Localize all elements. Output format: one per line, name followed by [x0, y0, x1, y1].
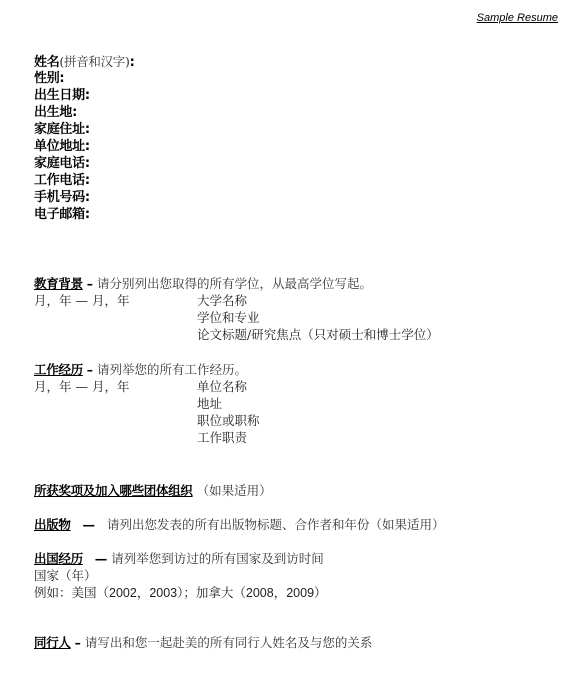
- example-text: ）: [314, 585, 327, 600]
- field-label: 电子邮箱: [34, 207, 85, 222]
- work-item: 单位名称: [197, 378, 247, 395]
- field-hint: (拼音和汉字): [59, 54, 129, 69]
- work-item: 工作职责: [197, 429, 247, 446]
- example-text: ）；加拿大（: [177, 585, 246, 600]
- section-title: 教育背景: [34, 276, 83, 291]
- education-date-range: 月，年 — 月，年: [34, 292, 129, 309]
- field-label: 性别: [34, 71, 59, 86]
- colon: :: [85, 156, 90, 171]
- field-label: 出生地: [34, 105, 72, 120]
- section-title: 工作经历: [34, 362, 83, 377]
- awards-section: 所获奖项及加入哪些团体组织 （如果适用）: [34, 482, 272, 499]
- field-home-phone: 家庭电话:: [34, 155, 90, 172]
- publications-section: 出版物 — 请列出您发表的所有出版物标题、合作者和年份（如果适用）: [34, 516, 444, 533]
- dash: –: [87, 276, 93, 291]
- education-item: 论文标题/研究焦点（只对硕士和博士学位）: [197, 326, 439, 343]
- colon: :: [85, 173, 90, 188]
- example-years: 2002，2003: [109, 586, 177, 600]
- section-note: （如果适用）: [197, 483, 272, 498]
- education-heading: 教育背景 – 请分别列出您取得的所有学位，从最高学位写起。: [34, 275, 372, 292]
- travel-heading: 出国经历 — 请列举您到访过的所有国家及到访时间: [34, 550, 324, 567]
- field-birthplace: 出生地:: [34, 104, 77, 121]
- example-text: 例如：美国（: [34, 585, 109, 600]
- field-label: 单位地址: [34, 139, 85, 154]
- dash: —: [83, 517, 96, 532]
- field-label: 家庭电话: [34, 156, 85, 171]
- work-item: 职位或职称: [197, 412, 260, 429]
- field-gender: 性别:: [34, 70, 64, 87]
- colon: :: [59, 71, 64, 86]
- dash: –: [75, 635, 81, 650]
- field-label: 家庭住址: [34, 122, 85, 137]
- travel-format: 国家（年）: [34, 567, 97, 584]
- field-work-phone: 工作电话:: [34, 172, 90, 189]
- field-work-address: 单位地址:: [34, 138, 90, 155]
- section-description: 请列举您到访过的所有国家及到访时间: [111, 551, 324, 566]
- section-description: 请分别列出您取得的所有学位，从最高学位写起。: [97, 276, 372, 291]
- field-mobile: 手机号码:: [34, 189, 90, 206]
- dash: –: [87, 362, 93, 377]
- example-years: 2008，2009: [246, 586, 314, 600]
- field-home-address: 家庭住址:: [34, 121, 90, 138]
- work-item: 地址: [197, 395, 222, 412]
- section-description: 请写出和您一起赴美的所有同行人姓名及与您的关系: [85, 635, 373, 650]
- field-email: 电子邮箱:: [34, 206, 90, 223]
- dash: —: [95, 551, 108, 566]
- field-label: 出生日期: [34, 88, 85, 103]
- colon: :: [85, 122, 90, 137]
- section-description: 请列举您的所有工作经历。: [97, 362, 247, 377]
- field-label: 姓名: [34, 55, 59, 70]
- education-item: 大学名称: [197, 292, 247, 309]
- companions-section: 同行人 – 请写出和您一起赴美的所有同行人姓名及与您的关系: [34, 634, 372, 651]
- work-date-range: 月，年 — 月，年: [34, 378, 129, 395]
- education-item: 学位和专业: [197, 309, 260, 326]
- colon: :: [85, 88, 90, 103]
- field-birthdate: 出生日期:: [34, 87, 90, 104]
- field-label: 工作电话: [34, 173, 85, 188]
- section-title: 出国经历: [34, 551, 83, 566]
- travel-example: 例如：美国（2002，2003）；加拿大（2008，2009）: [34, 584, 327, 602]
- colon: :: [85, 139, 90, 154]
- section-title: 同行人: [34, 635, 71, 650]
- section-description: 请列出您发表的所有出版物标题、合作者和年份（如果适用）: [107, 517, 445, 532]
- colon: :: [85, 207, 90, 222]
- field-name: 姓名(拼音和汉字):: [34, 53, 134, 71]
- work-heading: 工作经历 – 请列举您的所有工作经历。: [34, 361, 247, 378]
- section-title: 出版物: [34, 517, 71, 532]
- colon: :: [85, 190, 90, 205]
- section-title: 所获奖项及加入哪些团体组织: [34, 483, 193, 498]
- field-label: 手机号码: [34, 190, 85, 205]
- colon: :: [130, 55, 135, 70]
- colon: :: [72, 105, 77, 120]
- document-title: Sample Resume: [477, 12, 558, 24]
